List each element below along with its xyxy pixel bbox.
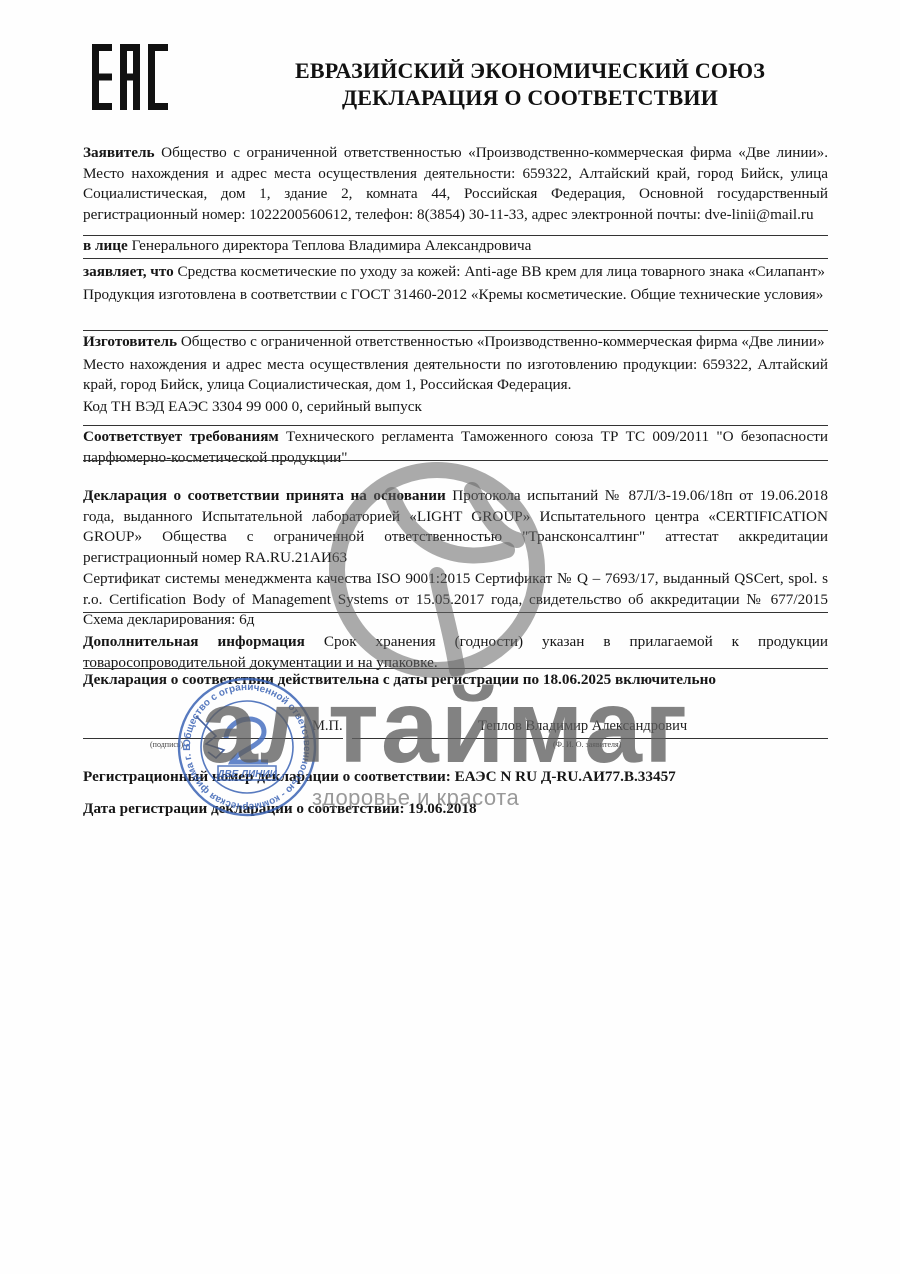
represented-by-text: Генерального директора Теплова Владимира… (132, 237, 532, 254)
manufacturer-text: Общество с ограниченной ответственностью… (181, 333, 825, 350)
company-seal-icon: Общество с ограниченной ответственностью… (176, 676, 318, 818)
title-line-declaration: ДЕКЛАРАЦИЯ О СООТВЕТСТВИИ (230, 84, 830, 111)
declares-section: заявляет, что Средства косметические по … (83, 262, 828, 305)
product-code: Код ТН ВЭД ЕАЭС 3304 99 000 0, серийный … (83, 397, 828, 418)
signer-name: Теплов Владимир Александрович (478, 718, 687, 735)
additional-info-section: Дополнительная информация Срок хранения … (83, 632, 828, 673)
applicant-text: Общество с ограниченной ответственностью… (83, 144, 828, 223)
additional-label: Дополнительная информация (83, 633, 305, 650)
manufacturer-address: Место нахождения и адрес места осуществл… (83, 355, 828, 396)
complies-label: Соответствует требованиям (83, 428, 279, 445)
represented-by-label: в лице (83, 237, 128, 254)
complies-section: Соответствует требованиям Технического р… (83, 427, 828, 468)
divider (83, 460, 828, 461)
declaration-page: ЕВРАЗИЙСКИЙ ЭКОНОМИЧЕСКИЙ СОЮЗ ДЕКЛАРАЦИ… (0, 0, 900, 1274)
name-line (352, 738, 828, 739)
basis-label: Декларация о соответствии принята на осн… (83, 487, 446, 504)
divider (83, 668, 828, 669)
applicant-label: Заявитель (83, 144, 155, 161)
divider (83, 258, 828, 259)
manufacturer-label: Изготовитель (83, 333, 177, 350)
applicant-section: Заявитель Общество с ограниченной ответс… (83, 143, 828, 225)
name-caption: (Ф. И. О. заявителя) (553, 740, 621, 749)
divider (83, 330, 828, 331)
document-title: ЕВРАЗИЙСКИЙ ЭКОНОМИЧЕСКИЙ СОЮЗ ДЕКЛАРАЦИ… (230, 57, 830, 111)
registration-number: Регистрационный номер декларации о соотв… (83, 768, 676, 786)
quality-certificate: Сертификат системы менеджмента качества … (83, 569, 828, 631)
divider (83, 425, 828, 426)
represented-by-section: в лице Генерального директора Теплова Вл… (83, 236, 828, 257)
seal-text: ДВЕ ЛИНИИ (216, 769, 277, 780)
eac-mark-icon (92, 44, 168, 110)
product-description: Средства косметические по уходу за кожей… (178, 263, 825, 280)
product-standard: Продукция изготовлена в соответствии с Г… (83, 285, 828, 306)
basis-section: Декларация о соответствии принята на осн… (83, 486, 828, 631)
declares-label: заявляет, что (83, 263, 174, 280)
divider (83, 612, 828, 613)
manufacturer-section: Изготовитель Общество с ограниченной отв… (83, 332, 828, 417)
title-line-union: ЕВРАЗИЙСКИЙ ЭКОНОМИЧЕСКИЙ СОЮЗ (230, 57, 830, 84)
